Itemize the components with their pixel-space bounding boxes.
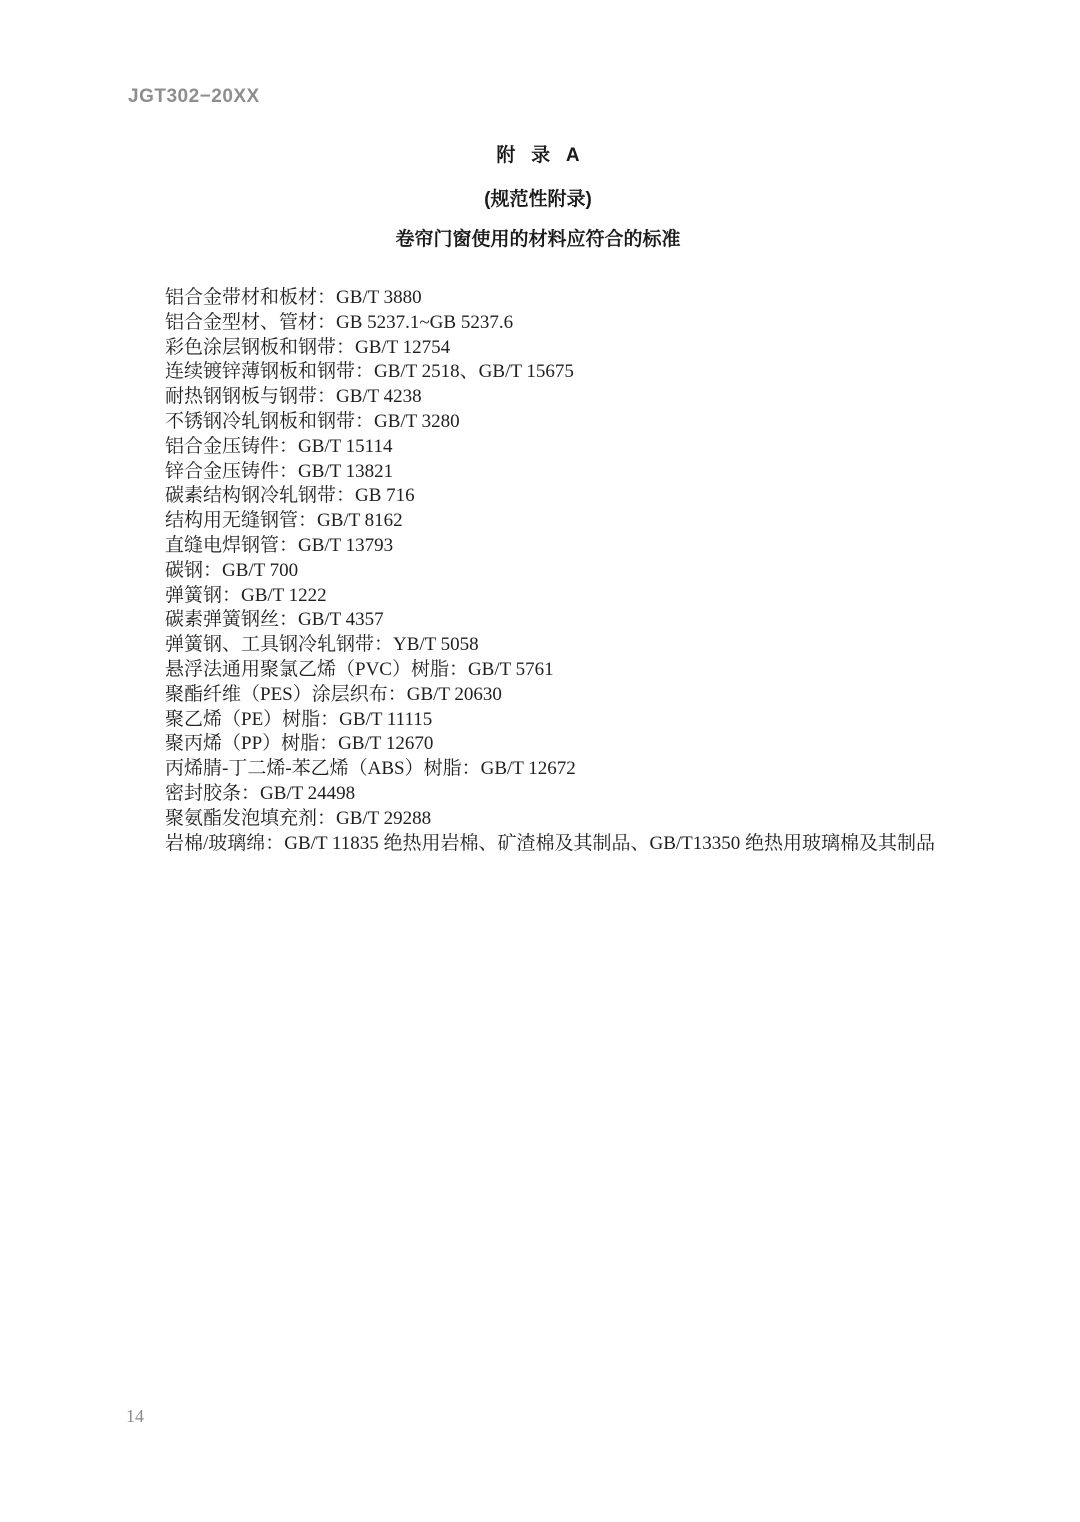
appendix-title-block: 附 录 A (规范性附录) 卷帘门窗使用的材料应符合的标准 (128, 140, 948, 251)
material-item: 铝合金型材、管材：GB 5237.1~GB 5237.6 (165, 311, 1025, 336)
material-item: 碳素弹簧钢丝：GB/T 4357 (165, 608, 1025, 633)
appendix-title: 附 录 A (128, 140, 948, 167)
material-item: 弹簧钢：GB/T 1222 (165, 584, 1025, 609)
material-item: 铝合金带材和板材：GB/T 3880 (165, 286, 1025, 311)
material-item: 岩棉/玻璃绵：GB/T 11835 绝热用岩棉、矿渣棉及其制品、GB/T1335… (165, 832, 1025, 857)
material-item: 直缝电焊钢管：GB/T 13793 (165, 534, 1025, 559)
material-item: 铝合金压铸件：GB/T 15114 (165, 435, 1025, 460)
materials-list: 铝合金带材和板材：GB/T 3880 铝合金型材、管材：GB 5237.1~GB… (165, 286, 1025, 856)
material-item: 碳钢：GB/T 700 (165, 559, 1025, 584)
material-item: 聚丙烯（PP）树脂：GB/T 12670 (165, 732, 1025, 757)
material-item: 丙烯腈-丁二烯-苯乙烯（ABS）树脂：GB/T 12672 (165, 757, 1025, 782)
appendix-subtitle: (规范性附录) (128, 184, 948, 211)
document-code-header: JGT302−20XX (128, 86, 260, 108)
material-item: 彩色涂层钢板和钢带：GB/T 12754 (165, 336, 1025, 361)
material-item: 连续镀锌薄钢板和钢带：GB/T 2518、GB/T 15675 (165, 360, 1025, 385)
material-item: 耐热钢钢板与钢带：GB/T 4238 (165, 385, 1025, 410)
material-item: 聚氨酯发泡填充剂：GB/T 29288 (165, 807, 1025, 832)
material-item: 碳素结构钢冷轧钢带：GB 716 (165, 484, 1025, 509)
material-item: 悬浮法通用聚氯乙烯（PVC）树脂：GB/T 5761 (165, 658, 1025, 683)
material-item: 不锈钢冷轧钢板和钢带：GB/T 3280 (165, 410, 1025, 435)
material-item: 锌合金压铸件：GB/T 13821 (165, 460, 1025, 485)
document-page: JGT302−20XX 附 录 A (规范性附录) 卷帘门窗使用的材料应符合的标… (0, 0, 1080, 1522)
material-item: 聚酯纤维（PES）涂层织布：GB/T 20630 (165, 683, 1025, 708)
material-item: 密封胶条：GB/T 24498 (165, 782, 1025, 807)
page-number: 14 (126, 1406, 144, 1427)
material-item: 结构用无缝钢管：GB/T 8162 (165, 509, 1025, 534)
material-item: 弹簧钢、工具钢冷轧钢带：YB/T 5058 (165, 633, 1025, 658)
material-item: 聚乙烯（PE）树脂：GB/T 11115 (165, 708, 1025, 733)
appendix-heading: 卷帘门窗使用的材料应符合的标准 (128, 224, 948, 251)
